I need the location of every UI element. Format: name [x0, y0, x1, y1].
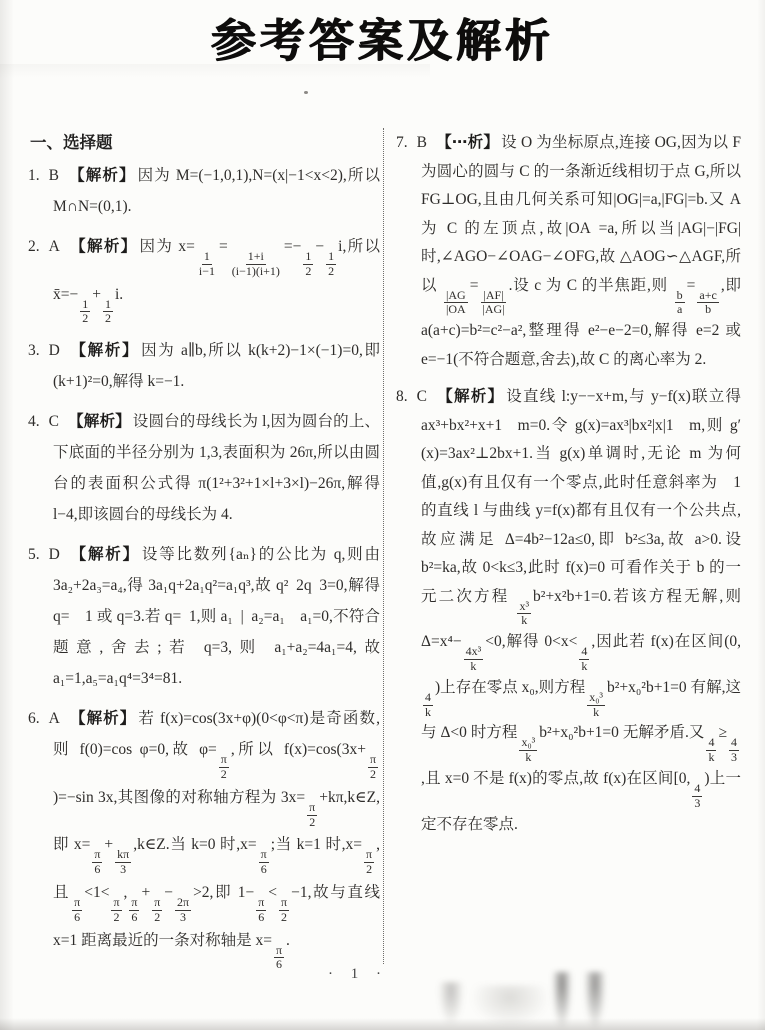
fraction-numerator: π [364, 848, 374, 863]
fraction-numerator: 4 [423, 691, 433, 706]
fraction-denominator: k [423, 706, 433, 720]
question-text-run: ,所以 f(x)=cos(3x+ [231, 741, 366, 758]
page-title: 参考答案及解析 [0, 4, 765, 69]
question-text-run: 设 O 为坐标原点,连接 OG,因为以 F 为圆心的圆与 C 的一条渐近线相切于… [421, 134, 741, 294]
fraction-numerator: 1+i [246, 250, 266, 265]
left-column: 一、选择题 1.B【解析】因为 M=(−1,0,1),N=(x|−1<x<2),… [28, 129, 380, 981]
fraction: a+cb [697, 289, 718, 318]
page-bottom-shade [0, 1018, 765, 1030]
fraction-numerator: 1 [202, 250, 212, 265]
answer-item-2: 2.A【解析】因为 x=1i−1=1+i(i−1)(i+1)=−12−12i,所… [28, 231, 380, 326]
fraction-denominator: 2 [303, 265, 313, 279]
fraction: 4k [423, 691, 433, 720]
fraction-denominator: k [468, 660, 478, 674]
fraction: ba [675, 289, 685, 318]
fraction-numerator: 4 [692, 782, 702, 797]
question-number: 1. [28, 167, 40, 184]
fraction: π2 [307, 801, 317, 830]
question-text-run: < [268, 884, 277, 901]
question-text-run: 设直线 l:y−−x+m,与 y−f(x)联立得 ax³+bx²+x+1 m=0… [421, 388, 741, 605]
answer-letter: B [49, 167, 59, 184]
fraction-denominator: 6 [72, 911, 82, 925]
fraction-numerator: 4 [729, 736, 739, 751]
fraction-numerator: π [368, 753, 378, 768]
fraction-denominator: 2 [364, 863, 374, 877]
question-text-run: ,k∈Z.当 k=0 时,x= [133, 836, 256, 853]
question-number: 2. [28, 238, 40, 255]
left-questions: 1.B【解析】因为 M=(−1,0,1),N=(x|−1<x<2),所以 M∩N… [28, 160, 380, 972]
question-text-run: )=−sin 3x,其图像的对称轴方程为 3x= [53, 789, 305, 806]
question-text-run: ;当 k=1 时,x= [271, 836, 362, 853]
question-text-run: .设 c 为 C 的半焦距,则 [509, 277, 673, 294]
fraction: π6 [129, 896, 139, 925]
section-heading-choice: 一、选择题 [30, 129, 380, 153]
question-text-run: ,因此若 f(x)在区间(0, [591, 633, 741, 650]
question-text-run: b²+x₀²b+1=0 无解矛盾.又 [539, 724, 704, 741]
fraction: π2 [279, 896, 289, 925]
answer-letter: C [417, 388, 427, 405]
fraction: 12 [80, 298, 90, 327]
answer-letter: B [417, 134, 427, 151]
fraction-denominator: 3 [118, 863, 128, 877]
fraction: π6 [72, 896, 82, 925]
fraction-denominator: i−1 [197, 265, 217, 279]
answer-item-8: 8.C【解析】设直线 l:y−−x+m,与 y−f(x)联立得 ax³+bx²+… [396, 383, 741, 839]
fraction: |AF||AG| [480, 289, 506, 318]
fraction-numerator: π [72, 896, 82, 911]
question-text-run: = [687, 277, 696, 294]
fraction: kπ3 [115, 848, 131, 877]
fraction-denominator: k [579, 660, 589, 674]
fraction-numerator: π [129, 896, 139, 911]
fraction-denominator: 2 [152, 911, 162, 925]
fraction-denominator: k [519, 614, 529, 628]
answer-letter: C [49, 413, 59, 430]
fraction-denominator: |OA [444, 303, 468, 317]
fraction-denominator: 6 [129, 911, 139, 925]
question-text-run: − [315, 238, 324, 255]
answer-item-6: 6.A【解析】若 f(x)=cos(3x+φ)(0<φ<π)是奇函数,则 f(0… [28, 703, 380, 972]
fraction-denominator: 6 [274, 958, 284, 972]
fraction: 4k [579, 645, 589, 674]
fraction: 1i−1 [197, 250, 217, 279]
analysis-tag: 【解析】 [68, 413, 131, 430]
fraction: 4x³k [464, 645, 484, 674]
fraction: π2 [219, 753, 229, 782]
fraction: π6 [92, 848, 102, 877]
fraction-numerator: π [274, 944, 284, 959]
fraction-numerator: a+c [697, 289, 718, 304]
fraction-numerator: 4 [579, 645, 589, 660]
fraction-numerator: |AG [444, 289, 468, 304]
question-text-run: + [92, 286, 101, 303]
fraction: π2 [152, 896, 162, 925]
page-right-shade [757, 0, 765, 1030]
question-text-run: >2,即 1− [193, 884, 254, 901]
analysis-tag: 【解析】 [436, 388, 504, 405]
analysis-tag: 【解析】 [69, 546, 140, 563]
fraction-denominator: 2 [103, 312, 113, 326]
fraction-denominator: 6 [92, 863, 102, 877]
fraction-numerator: 4 [706, 736, 716, 751]
fraction: 1+i(i−1)(i+1) [230, 250, 282, 279]
fraction: 2π3 [175, 896, 191, 925]
fraction: x₀³k [587, 691, 605, 720]
question-text-run: = [219, 238, 228, 255]
fraction-numerator: 4x³ [464, 645, 484, 660]
question-text-run: = [470, 277, 479, 294]
answer-item-4: 4.C【解析】设圆台的母线长为 l,因为圆台的上、下底面的半径分别为 1,3,表… [28, 406, 380, 530]
fraction-denominator: 6 [256, 911, 266, 925]
fraction-denominator: 3 [692, 797, 702, 811]
fraction: π2 [368, 753, 378, 782]
right-questions: 7.B【⋯析】设 O 为坐标原点,连接 OG,因为以 F 为圆心的圆与 C 的一… [396, 129, 741, 839]
answer-item-3: 3.D【解析】因为 a∥b,所以 k(k+2)−1×(−1)=0,即(k+1)²… [28, 335, 380, 397]
fraction-numerator: kπ [115, 848, 131, 863]
fraction-denominator: 2 [307, 816, 317, 830]
question-text-run: 设等比数列{aₙ}的公比为 q,则由 3a₂+2a₃=a₄,得 3a₁q+2a₁… [53, 546, 380, 687]
analysis-tag: 【解析】 [69, 238, 138, 255]
fraction: π2 [111, 896, 121, 925]
question-text-run: , [124, 884, 128, 901]
fraction-denominator: 2 [80, 312, 90, 326]
question-number: 3. [28, 342, 40, 359]
fraction: x³k [517, 600, 531, 629]
question-number: 7. [396, 134, 408, 151]
column-divider [383, 128, 384, 964]
fraction-denominator: b [703, 303, 713, 317]
answer-item-1: 1.B【解析】因为 M=(−1,0,1),N=(x|−1<x<2),所以 M∩N… [28, 160, 380, 222]
fraction: 12 [326, 250, 336, 279]
answer-letter: D [49, 546, 60, 563]
answer-letter: A [49, 238, 60, 255]
fraction-denominator: 2 [219, 768, 229, 782]
fraction-numerator: x³ [517, 600, 531, 615]
question-text-run: =− [284, 238, 301, 255]
fraction-denominator: 3 [729, 751, 739, 765]
fraction-denominator: 2 [279, 911, 289, 925]
question-text-run: . [286, 932, 290, 949]
ink-speck [304, 91, 308, 94]
fraction: π6 [274, 944, 284, 973]
question-text-run: + [104, 836, 113, 853]
page-number: · 1 · [328, 966, 388, 983]
fraction-numerator: π [219, 753, 229, 768]
question-text-run: + [141, 884, 150, 901]
question-text-run: <0,解得 0<x< [485, 633, 577, 650]
fraction-numerator: π [111, 896, 121, 911]
fraction: x₀³k [519, 736, 537, 765]
fraction: 43 [729, 736, 739, 765]
fraction-denominator: k [591, 706, 601, 720]
page-left-shade [0, 0, 14, 1030]
fraction-numerator: π [279, 896, 289, 911]
fraction: π6 [259, 848, 269, 877]
fraction: 12 [303, 250, 313, 279]
fraction-numerator: π [307, 801, 317, 816]
question-number: 4. [28, 413, 40, 430]
fraction-denominator: 2 [326, 265, 336, 279]
question-text-run: 因为 x= [140, 238, 195, 255]
fraction: π2 [364, 848, 374, 877]
fraction-denominator: 3 [178, 911, 188, 925]
analysis-tag: 【解析】 [69, 710, 137, 727]
fraction-denominator: |AG| [480, 303, 506, 317]
fraction-denominator: 6 [259, 863, 269, 877]
question-number: 6. [28, 710, 40, 727]
question-text-run: − [164, 884, 173, 901]
fraction: 12 [103, 298, 113, 327]
fraction-denominator: 2 [111, 911, 121, 925]
question-text-run: i. [115, 286, 123, 303]
fraction-numerator: 1 [326, 250, 336, 265]
fraction: 43 [692, 782, 702, 811]
analysis-tag: 【解析】 [68, 167, 136, 184]
fraction-numerator: b [675, 289, 685, 304]
fraction-numerator: 1 [80, 298, 90, 313]
fraction-numerator: 1 [303, 250, 313, 265]
fraction: π6 [256, 896, 266, 925]
fraction-denominator: a [675, 303, 684, 317]
fraction-denominator: k [706, 751, 716, 765]
question-number: 8. [396, 388, 408, 405]
fraction: 4k [706, 736, 716, 765]
answer-item-5: 5.D【解析】设等比数列{aₙ}的公比为 q,则由 3a₂+2a₃=a₄,得 3… [28, 539, 380, 694]
fraction-numerator: |AF| [481, 289, 505, 304]
fraction-numerator: π [259, 848, 269, 863]
answer-sheet-page: 参考答案及解析 一、选择题 1.B【解析】因为 M=(−1,0,1),N=(x|… [0, 0, 765, 1030]
answer-item-7: 7.B【⋯析】设 O 为坐标原点,连接 OG,因为以 F 为圆心的圆与 C 的一… [396, 129, 741, 374]
question-text-run: ≥ [718, 724, 727, 741]
fraction-denominator: (i−1)(i+1) [230, 265, 282, 279]
fraction-numerator: π [92, 848, 102, 863]
analysis-tag: 【⋯析】 [436, 134, 499, 151]
fraction: |AG|OA [444, 289, 468, 318]
fraction-numerator: x₀³ [519, 736, 537, 751]
fraction-numerator: 1 [103, 298, 113, 313]
question-number: 5. [28, 546, 40, 563]
fraction-numerator: π [256, 896, 266, 911]
question-text-run: <1< [84, 884, 109, 901]
question-text-run: ,且 x=0 不是 f(x)的零点,故 f(x)在区间[0, [421, 770, 690, 787]
question-text-run: )上存在零点 x₀,则方程 [435, 679, 585, 696]
answer-letter: D [49, 342, 60, 359]
right-column: 7.B【⋯析】设 O 为坐标原点,连接 OG,因为以 F 为圆心的圆与 C 的一… [396, 129, 741, 848]
fraction-numerator: π [152, 896, 162, 911]
answer-letter: A [49, 710, 60, 727]
analysis-tag: 【解析】 [69, 342, 139, 359]
fraction-denominator: k [523, 751, 533, 765]
fraction-numerator: 2π [175, 896, 191, 911]
fraction-denominator: 2 [368, 768, 378, 782]
fraction-numerator: x₀³ [587, 691, 605, 706]
